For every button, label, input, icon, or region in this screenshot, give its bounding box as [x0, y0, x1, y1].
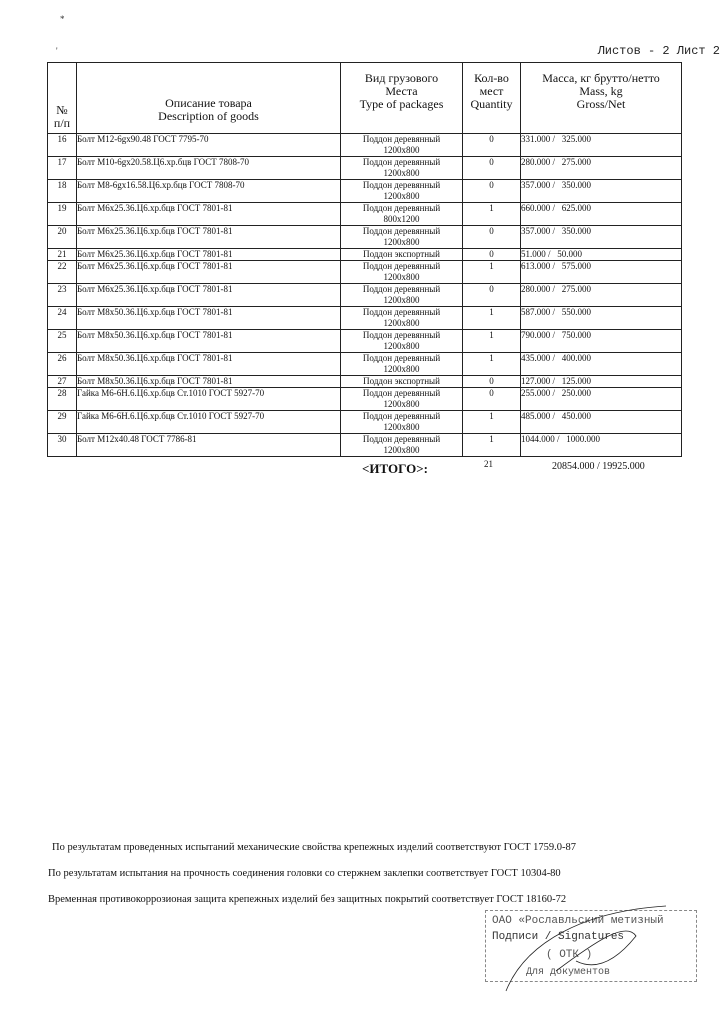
row-quantity: 0	[463, 284, 521, 307]
row-num: 21	[48, 249, 77, 261]
row-mass: 485.000 / 450.000	[521, 411, 682, 434]
row-description: Болт М8-6gх16.58.Ц6.хр.бцв ГОСТ 7808-70	[77, 180, 341, 203]
row-num: 22	[48, 261, 77, 284]
header-num: №п/п	[48, 63, 77, 134]
total-quantity: 21	[484, 459, 493, 469]
row-mass: 255.000 / 250.000	[521, 388, 682, 411]
row-package: Поддон деревянный1200х800	[341, 330, 463, 353]
table-row: 18Болт М8-6gх16.58.Ц6.хр.бцв ГОСТ 7808-7…	[48, 180, 682, 203]
row-num: 18	[48, 180, 77, 203]
row-mass: 331.000 / 325.000	[521, 134, 682, 157]
row-num: 17	[48, 157, 77, 180]
row-quantity: 1	[463, 261, 521, 284]
table-row: 16Болт М12-6gх90.48 ГОСТ 7795-70Поддон д…	[48, 134, 682, 157]
row-quantity: 0	[463, 134, 521, 157]
row-description: Болт М6х25.36.Ц6.хр.бцв ГОСТ 7801-81	[77, 261, 341, 284]
table-row: 23Болт М6х25.36.Ц6.хр.бцв ГОСТ 7801-81По…	[48, 284, 682, 307]
row-num: 26	[48, 353, 77, 376]
row-mass: 357.000 / 350.000	[521, 180, 682, 203]
row-mass: 790.000 / 750.000	[521, 330, 682, 353]
header-mass: Масса, кг брутто/неттоMass, kgGross/Net	[521, 63, 682, 134]
scan-mark: '	[56, 46, 58, 56]
row-quantity: 0	[463, 180, 521, 203]
note-strength: По результатам испытания на прочность со…	[48, 868, 561, 879]
row-package: Поддон деревянный1200х800	[341, 388, 463, 411]
row-mass: 587.000 / 550.000	[521, 307, 682, 330]
row-description: Болт М8х50.36.Ц6.хр.бцв ГОСТ 7801-81	[77, 307, 341, 330]
note-mechanical: По результатам проведенных испытаний мех…	[52, 842, 576, 853]
signature-stamp: ОАО «Рославльский метизный Подписи / Sig…	[485, 910, 697, 982]
row-package: Поддон деревянный1200х800	[341, 261, 463, 284]
row-quantity: 0	[463, 388, 521, 411]
row-description: Болт М6х25.36.Ц6.хр.бцв ГОСТ 7801-81	[77, 284, 341, 307]
row-num: 19	[48, 203, 77, 226]
row-description: Болт М8х50.36.Ц6.хр.бцв ГОСТ 7801-81	[77, 330, 341, 353]
table-row: 30Болт М12х40.48 ГОСТ 7786-81Поддон дере…	[48, 434, 682, 457]
row-description: Гайка М6-6Н.6.Ц6.хр.бцв Ст.1010 ГОСТ 592…	[77, 411, 341, 434]
row-package: Поддон деревянный1200х800	[341, 134, 463, 157]
row-mass: 660.000 / 625.000	[521, 203, 682, 226]
row-description: Болт М8х50.36.Ц6.хр.бцв ГОСТ 7801-81	[77, 353, 341, 376]
row-description: Гайка М6-6Н.6.Ц6.хр.бцв Ст.1010 ГОСТ 592…	[77, 388, 341, 411]
table-header-row: №п/п Описание товараDescription of goods…	[48, 63, 682, 134]
table-row: 17Болт М10-6gх20.58.Ц6.хр.бцв ГОСТ 7808-…	[48, 157, 682, 180]
table-row: 28Гайка М6-6Н.6.Ц6.хр.бцв Ст.1010 ГОСТ 5…	[48, 388, 682, 411]
row-mass: 280.000 / 275.000	[521, 284, 682, 307]
table-row: 29Гайка М6-6Н.6.Ц6.хр.бцв Ст.1010 ГОСТ 5…	[48, 411, 682, 434]
header-description: Описание товараDescription of goods	[77, 63, 341, 134]
row-mass: 613.000 / 575.000	[521, 261, 682, 284]
row-mass: 1044.000 / 1000.000	[521, 434, 682, 457]
table-row: 19Болт М6х25.36.Ц6.хр.бцв ГОСТ 7801-81По…	[48, 203, 682, 226]
row-mass: 51.000 / 50.000	[521, 249, 682, 261]
table-row: 20Болт М6х25.36.Ц6.хр.бцв ГОСТ 7801-81По…	[48, 226, 682, 249]
row-quantity: 0	[463, 226, 521, 249]
total-label: <ИТОГО>:	[362, 461, 428, 477]
row-mass: 127.000 / 125.000	[521, 376, 682, 388]
row-num: 30	[48, 434, 77, 457]
row-package: Поддон деревянный1200х800	[341, 226, 463, 249]
row-quantity: 1	[463, 307, 521, 330]
row-mass: 435.000 / 400.000	[521, 353, 682, 376]
row-num: 25	[48, 330, 77, 353]
row-package: Поддон деревянный1200х800	[341, 307, 463, 330]
row-description: Болт М10-6gх20.58.Ц6.хр.бцв ГОСТ 7808-70	[77, 157, 341, 180]
row-num: 28	[48, 388, 77, 411]
row-description: Болт М12-6gх90.48 ГОСТ 7795-70	[77, 134, 341, 157]
row-package: Поддон деревянный800х1200	[341, 203, 463, 226]
row-quantity: 0	[463, 249, 521, 261]
row-package: Поддон деревянный1200х800	[341, 411, 463, 434]
row-description: Болт М12х40.48 ГОСТ 7786-81	[77, 434, 341, 457]
row-num: 16	[48, 134, 77, 157]
table-row: 21Болт М6х25.36.Ц6.хр.бцв ГОСТ 7801-81По…	[48, 249, 682, 261]
row-quantity: 1	[463, 434, 521, 457]
row-mass: 280.000 / 275.000	[521, 157, 682, 180]
row-num: 27	[48, 376, 77, 388]
row-quantity: 1	[463, 203, 521, 226]
row-description: Болт М6х25.36.Ц6.хр.бцв ГОСТ 7801-81	[77, 226, 341, 249]
table-row: 22Болт М6х25.36.Ц6.хр.бцв ГОСТ 7801-81По…	[48, 261, 682, 284]
signature-scribble-icon	[466, 901, 706, 1001]
row-package: Поддон деревянный1200х800	[341, 434, 463, 457]
row-quantity: 0	[463, 157, 521, 180]
row-package: Поддон экспортный	[341, 376, 463, 388]
row-package: Поддон деревянный1200х800	[341, 157, 463, 180]
row-description: Болт М6х25.36.Ц6.хр.бцв ГОСТ 7801-81	[77, 203, 341, 226]
row-num: 20	[48, 226, 77, 249]
total-mass: 20854.000 / 19925.000	[552, 461, 645, 472]
row-quantity: 1	[463, 411, 521, 434]
row-mass: 357.000 / 350.000	[521, 226, 682, 249]
row-package: Поддон деревянный1200х800	[341, 353, 463, 376]
header-package: Вид грузовогоМестаType of packages	[341, 63, 463, 134]
table-row: 27Болт М8х50.36.Ц6.хр.бцв ГОСТ 7801-81По…	[48, 376, 682, 388]
header-quantity: Кол-воместQuantity	[463, 63, 521, 134]
row-description: Болт М6х25.36.Ц6.хр.бцв ГОСТ 7801-81	[77, 249, 341, 261]
row-package: Поддон экспортный	[341, 249, 463, 261]
row-num: 23	[48, 284, 77, 307]
table-row: 26Болт М8х50.36.Ц6.хр.бцв ГОСТ 7801-81По…	[48, 353, 682, 376]
row-package: Поддон деревянный1200х800	[341, 284, 463, 307]
table-row: 24Болт М8х50.36.Ц6.хр.бцв ГОСТ 7801-81По…	[48, 307, 682, 330]
sheet-count: Листов - 2 Лист 2	[598, 44, 720, 58]
row-quantity: 1	[463, 330, 521, 353]
row-quantity: 0	[463, 376, 521, 388]
row-package: Поддон деревянный1200х800	[341, 180, 463, 203]
row-description: Болт М8х50.36.Ц6.хр.бцв ГОСТ 7801-81	[77, 376, 341, 388]
row-quantity: 1	[463, 353, 521, 376]
row-num: 24	[48, 307, 77, 330]
goods-table: №п/п Описание товараDescription of goods…	[47, 62, 682, 457]
scan-mark: *	[60, 14, 65, 24]
table-row: 25Болт М8х50.36.Ц6.хр.бцв ГОСТ 7801-81По…	[48, 330, 682, 353]
row-num: 29	[48, 411, 77, 434]
